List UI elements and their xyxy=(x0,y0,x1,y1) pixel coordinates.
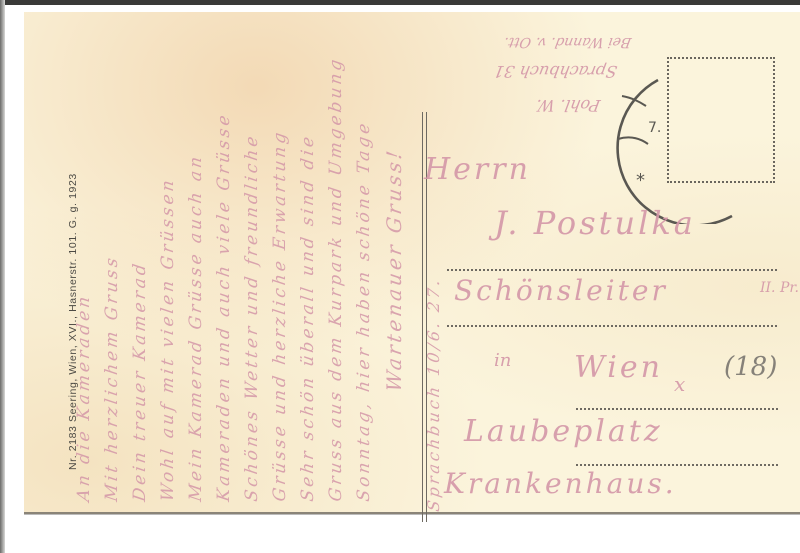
address-line-3-rule xyxy=(576,408,778,410)
address-line-5: Krankenhaus. xyxy=(444,467,677,500)
sender-note-line-3: Pohl. W. xyxy=(534,96,601,115)
scanner-edge-top xyxy=(0,0,800,5)
address-line-2-suffix: II. Pr. xyxy=(760,280,799,296)
sender-note-line-1: Bei Wannd. v. Ott. xyxy=(503,34,633,50)
address-name: J. Postulka xyxy=(494,204,696,242)
sender-note-line-2: Sprachbuch 31 xyxy=(492,62,618,81)
message-line: Kameraden und auch viele Grüsse xyxy=(214,111,234,503)
message-line: Sehr schön überall und sind die xyxy=(298,133,318,503)
message-line: Gruss aus dem Kurpark und Umgebung xyxy=(326,55,346,502)
message-line: Mein Kamerad Grüsse auch an xyxy=(186,153,206,503)
message-line: Schönes Wetter und freundliche xyxy=(242,132,262,503)
address-city-prefix: in xyxy=(494,350,511,371)
message-line: Dein treuer Kamerad xyxy=(130,260,150,503)
message-line: Mit herzlichem Gruss xyxy=(102,254,122,503)
message-line: Wohl auf mit vielen Grüssen xyxy=(158,176,178,503)
scanner-edge-left xyxy=(0,0,5,553)
message-line: Sonntag, hier haben schöne Tage xyxy=(354,119,374,503)
postmark-star: * xyxy=(636,170,645,191)
address-street: Laubeplatz xyxy=(464,414,663,449)
address-city: Wien xyxy=(574,350,663,385)
address-line-1-rule xyxy=(447,269,777,271)
address-line-4-rule xyxy=(576,464,778,466)
message-line: Wartenauer Gruss! xyxy=(382,146,406,393)
message-line: An die Kameraden xyxy=(74,292,94,502)
handwritten-message: An die Kameraden Mit herzlichem Gruss De… xyxy=(84,30,414,520)
address-district: (18) xyxy=(724,352,777,382)
address-line-2: Schönsleiter xyxy=(454,274,668,307)
address-salutation: Herrn xyxy=(424,152,531,187)
address-district-mark: x xyxy=(674,372,685,396)
postmark-day: 7. xyxy=(648,120,661,136)
message-line: Grüsse und herzliche Erwartung xyxy=(270,128,290,502)
address-line-2-rule xyxy=(447,325,777,327)
postcard-back: Nr. 2183 Seering, Wien, XVI., Hasnerstr.… xyxy=(24,12,800,514)
postmark-icon: 7. * xyxy=(614,74,744,224)
